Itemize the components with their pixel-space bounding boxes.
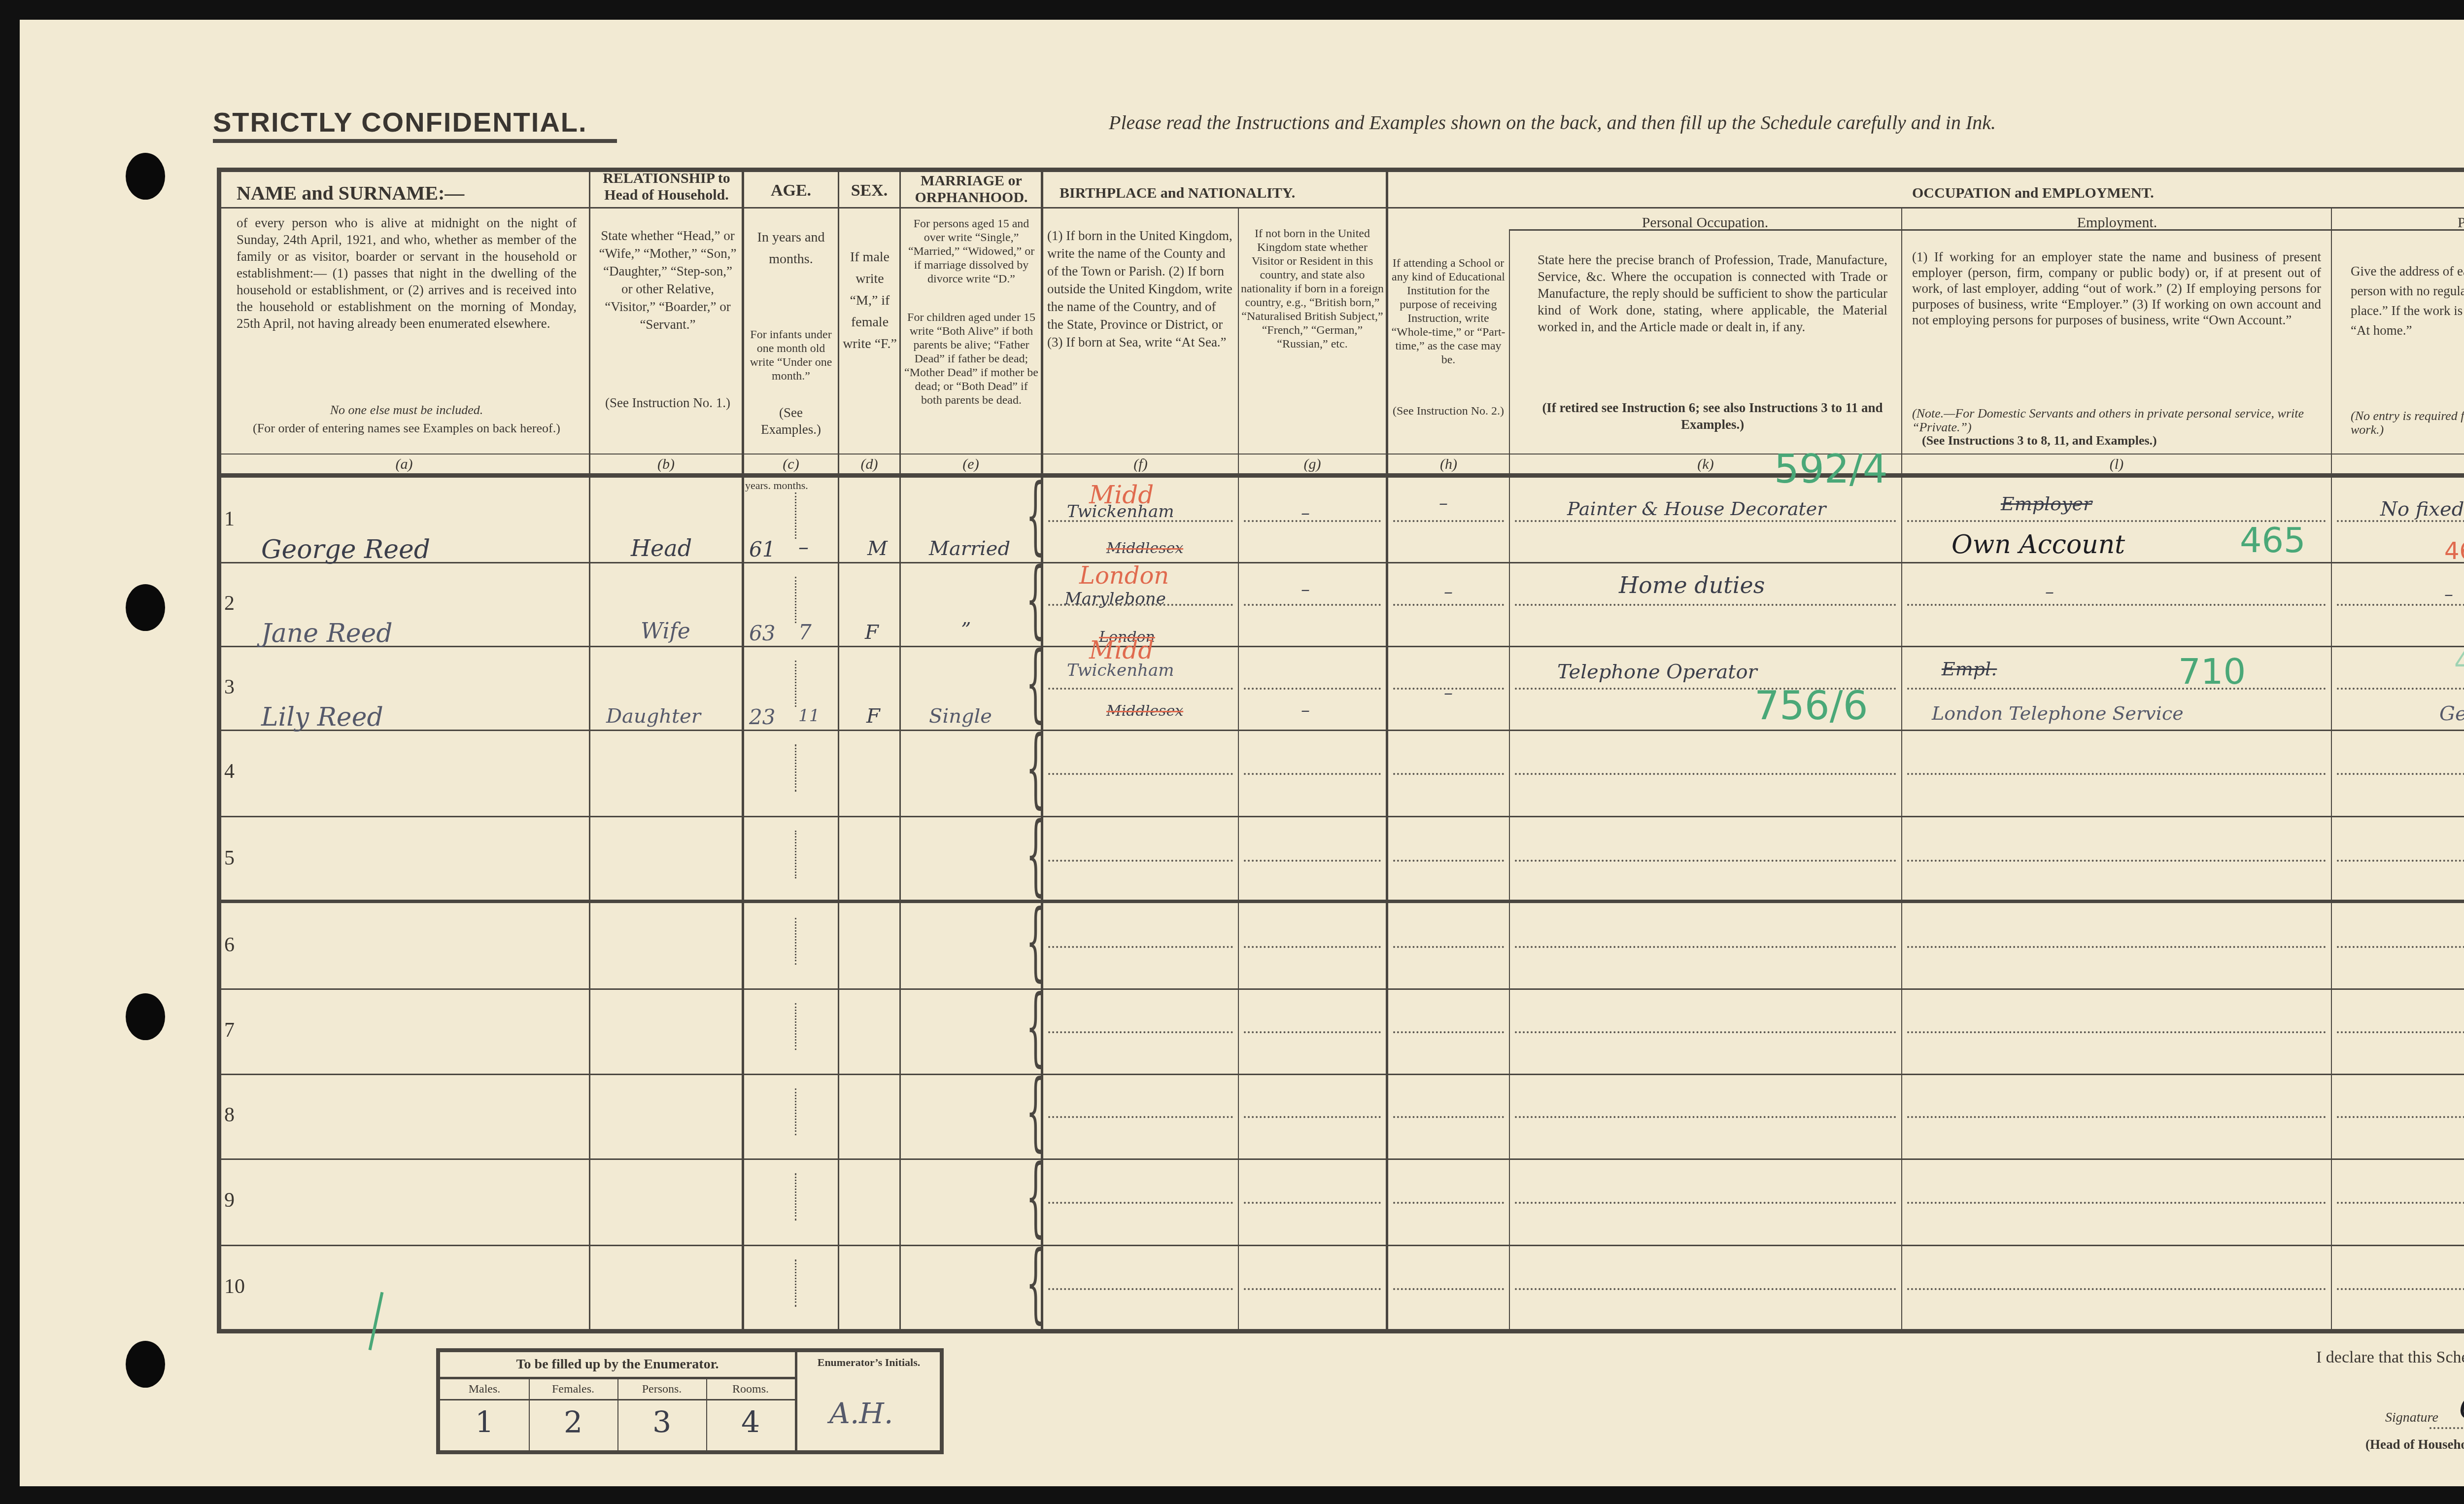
footnote-age: (See Examples.) xyxy=(749,404,833,438)
instructions-place-of-work: Give the address of each person’s place … xyxy=(2351,261,2464,340)
row-midline xyxy=(1515,1031,1896,1033)
enumerator-cell: Persons.3 xyxy=(617,1379,707,1451)
row-midline xyxy=(1244,1202,1381,1204)
instructions-education: If attending a School or any kind of Edu… xyxy=(1390,256,1507,367)
age-separator xyxy=(795,831,796,878)
row-midline xyxy=(2337,946,2464,948)
row1-age-months: – xyxy=(798,535,809,559)
row2-relationship: Wife xyxy=(641,619,690,644)
enumerator-cell: Males.1 xyxy=(440,1379,530,1451)
row-midline xyxy=(1907,1031,2326,1033)
age-separator xyxy=(795,492,796,539)
punch-hole xyxy=(126,993,165,1040)
row-midline xyxy=(2337,1116,2464,1118)
row3-birthplace-town: Twickenham xyxy=(1067,661,1174,680)
row-number: 5 xyxy=(224,846,235,870)
row-number: 3 xyxy=(224,675,235,699)
row3-name: Lily Reed xyxy=(261,702,383,732)
col-letter-a: (a) xyxy=(219,456,589,473)
header-age: AGE. xyxy=(744,180,838,202)
row-midline xyxy=(2337,1288,2464,1290)
row3-age-months: 11 xyxy=(798,706,820,726)
row-number: 10 xyxy=(224,1275,245,1298)
signature-value: George Reed xyxy=(2459,1390,2464,1426)
col-letter-e: (e) xyxy=(901,456,1041,473)
header-relationship: RELATIONSHIP to Head of Household. xyxy=(591,170,742,204)
instructions-relationship: State whether “Head,” or “Wife,” “Mother… xyxy=(596,227,739,333)
row2-birthplace-town: Marylebone xyxy=(1064,589,1166,609)
row1-birthplace-county: Middlesex xyxy=(1106,540,1183,557)
enumerator-cell-value: 2 xyxy=(529,1400,617,1445)
row-midline xyxy=(1048,1288,1233,1290)
age-separator xyxy=(795,1259,796,1307)
enumerator-initials-label: Enumerator’s Initials. xyxy=(797,1356,940,1369)
row-midline xyxy=(1244,860,1381,862)
col-d-divider xyxy=(899,170,901,1331)
row-number: 4 xyxy=(224,760,235,783)
row2-sex: F xyxy=(865,621,879,644)
header-marriage: MARRIAGE or ORPHANHOOD. xyxy=(902,173,1041,206)
row1-education: – xyxy=(1439,493,1448,513)
row-divider xyxy=(219,646,2464,647)
row-midline xyxy=(1048,946,1233,948)
row3-occupation: Telephone Operator xyxy=(1557,661,1757,683)
enumerator-cell-value: 1 xyxy=(440,1400,529,1445)
row1-nationality: – xyxy=(1301,503,1310,523)
footnote-education: (See Instruction No. 2.) xyxy=(1390,404,1507,418)
header-occupation-group: OCCUPATION and EMPLOYMENT. xyxy=(1912,182,2154,204)
enumerator-summary-box: To be filled up by the Enumerator. Enume… xyxy=(436,1348,944,1454)
enumerator-cell-label: Persons. xyxy=(617,1379,706,1400)
row3-place-code: 4350-01 xyxy=(2454,646,2464,678)
footnote-occupation: (If retired see Instruction 6; see also … xyxy=(1538,399,1887,433)
title-underline xyxy=(213,139,617,143)
enumerator-cell: Rooms.4 xyxy=(706,1379,795,1451)
note-name: No one else must be included. xyxy=(237,402,577,419)
row2-employment: – xyxy=(2045,582,2054,602)
enumerator-cell-label: Females. xyxy=(529,1379,617,1400)
signature-label: Signature xyxy=(2385,1410,2438,1426)
row-midline xyxy=(1244,1288,1381,1290)
row2-nationality: – xyxy=(1301,579,1310,599)
row-midline xyxy=(1048,773,1233,775)
col-l-divider xyxy=(2331,207,2332,1331)
col-b-divider xyxy=(742,170,744,1331)
row-number: 2 xyxy=(224,592,235,615)
row1-employment-struck: Employer xyxy=(2001,493,2092,515)
instruction-line: Please read the Instructions and Example… xyxy=(1109,111,1996,134)
row-midline xyxy=(2337,1031,2464,1033)
row2-occupation: Home duties xyxy=(1619,572,1765,598)
row1-employment-code: 465 xyxy=(2240,520,2306,560)
row-midline xyxy=(1907,1202,2326,1204)
letters-divider xyxy=(219,454,2464,455)
row-midline xyxy=(1393,604,1504,606)
age-separator xyxy=(795,1088,796,1135)
signature-line xyxy=(2430,1427,2464,1429)
row-midline xyxy=(1244,1116,1381,1118)
header-name: NAME and SURNAME:— xyxy=(237,182,464,204)
row-midline xyxy=(1515,520,1896,522)
footnote-relationship: (See Instruction No. 1.) xyxy=(599,394,737,411)
row-number: 7 xyxy=(224,1018,235,1042)
row-midline xyxy=(1515,1288,1896,1290)
row3-employment-struck: Empl. xyxy=(1942,658,1997,680)
col-k-divider xyxy=(1901,207,1902,1331)
row-midline xyxy=(1244,1031,1381,1033)
header-place-of-work: Place of Work. xyxy=(2332,212,2464,234)
instructions-sex: If male write “M,” if female write “F.” xyxy=(843,246,897,355)
enumerator-cell-value: 3 xyxy=(617,1400,706,1445)
brace-icon: { xyxy=(1026,811,1045,898)
row2-age-months: 7 xyxy=(798,620,812,644)
row-midline xyxy=(1907,773,2326,775)
row-midline xyxy=(2337,1202,2464,1204)
row1-marriage: Married xyxy=(929,537,1010,560)
row-midline xyxy=(1515,946,1896,948)
row-midline xyxy=(1393,946,1504,948)
header-personal-occupation: Personal Occupation. xyxy=(1509,212,1901,234)
row-midline xyxy=(1244,773,1381,775)
row-divider xyxy=(219,988,2464,990)
row-midline xyxy=(1515,773,1896,775)
row3-employment: London Telephone Service xyxy=(1932,702,2184,724)
row-midline xyxy=(1393,1202,1504,1204)
row-midline xyxy=(1244,520,1381,522)
sub-marriage: For children aged under 15 write “Both A… xyxy=(904,311,1038,407)
row-divider xyxy=(219,816,2464,817)
col-letter-b: (b) xyxy=(590,456,742,473)
row-midline xyxy=(2337,688,2464,690)
row-divider xyxy=(219,562,2464,563)
row2-marriage: ” xyxy=(961,619,971,641)
row-midline xyxy=(1244,604,1381,606)
row1-age-years: 61 xyxy=(749,537,775,561)
row-midline xyxy=(1048,1031,1233,1033)
instructions-employment: (1) If working for an employer state the… xyxy=(1912,249,2321,328)
row-midline xyxy=(1515,1202,1896,1204)
enumerator-cell-label: Rooms. xyxy=(706,1379,795,1400)
age-separator xyxy=(795,1173,796,1221)
row1-occupation-code: 592/4 xyxy=(1774,446,1888,492)
row1-employment: Own Account xyxy=(1951,530,2125,560)
row-number: 8 xyxy=(224,1103,235,1127)
row-divider xyxy=(219,1158,2464,1160)
row3-nationality: – xyxy=(1301,700,1310,720)
row1-place-of-work: No fixed place xyxy=(2380,498,2464,521)
row-divider xyxy=(219,730,2464,731)
row3-age-years: 23 xyxy=(749,705,775,729)
col-letter-d: (d) xyxy=(839,456,899,473)
brace-icon: { xyxy=(1026,557,1045,641)
row-midline xyxy=(1393,1116,1504,1118)
row-midline xyxy=(1048,1202,1233,1204)
row1-birthplace-town: Twickenham xyxy=(1067,502,1174,522)
brace-icon: { xyxy=(1026,1240,1045,1326)
row1-sex: M xyxy=(867,537,888,560)
row1-occupation: Painter & House Decorater xyxy=(1567,498,1826,520)
row-midline xyxy=(2337,773,2464,775)
instructions-marriage: For persons aged 15 and over write “Sing… xyxy=(904,217,1038,286)
row-midline xyxy=(1907,1116,2326,1118)
row3-place-of-work: Gerrard Exchange xyxy=(2439,702,2464,725)
row3-education: – xyxy=(1444,683,1453,703)
sub-age: For infants under one month old write “U… xyxy=(747,328,835,383)
col-letter-m: (m) xyxy=(2332,456,2464,473)
row-midline xyxy=(1393,520,1504,522)
footnote-employment: (See Instructions 3 to 8, 11, and Exampl… xyxy=(1922,434,2316,448)
row-midline xyxy=(1048,688,1233,690)
header-employment: Employment. xyxy=(1903,212,2331,234)
instructions-nationality: If not born in the United Kingdom state … xyxy=(1241,227,1384,351)
row2-name: Jane Reed xyxy=(261,619,393,648)
instructions-name: of every person who is alive at midnight… xyxy=(237,214,577,332)
signature-caption: (Head of Household, Manager of Establish… xyxy=(2365,1437,2464,1452)
row2-birthplace-correction: London xyxy=(1079,562,1169,590)
row1-relationship: Head xyxy=(631,535,692,561)
row-midline xyxy=(1515,604,1896,606)
punch-hole xyxy=(126,153,165,200)
row-divider xyxy=(219,1074,2464,1075)
note-place-of-work: (No entry is required for any person who… xyxy=(2351,409,2464,437)
col-g-divider xyxy=(1386,170,1388,1331)
row-midline xyxy=(1048,1116,1233,1118)
row-midline xyxy=(1393,773,1504,775)
row-midline xyxy=(1907,688,2326,690)
row2-education: – xyxy=(1444,582,1453,602)
col-letter-c: (c) xyxy=(744,456,838,473)
note-employment: (Note.—For Domestic Servants and others … xyxy=(1912,407,2321,434)
col-letter-h: (h) xyxy=(1388,456,1509,473)
footnote-name: (For order of entering names see Example… xyxy=(237,421,577,435)
row-midline xyxy=(1393,860,1504,862)
row-midline xyxy=(1244,946,1381,948)
header-sub-divider xyxy=(219,207,2464,209)
row-midline xyxy=(1515,860,1896,862)
age-separator xyxy=(795,918,796,965)
row-divider xyxy=(219,1245,2464,1246)
brace-icon: { xyxy=(1026,473,1045,557)
row-midline xyxy=(1907,860,2326,862)
punch-hole xyxy=(126,584,165,631)
enumerator-summary-title: To be filled up by the Enumerator. xyxy=(440,1352,795,1379)
row3-marriage: Single xyxy=(929,705,992,728)
brace-icon: { xyxy=(1026,898,1045,983)
col-letter-g: (g) xyxy=(1239,456,1386,473)
col-h-divider xyxy=(1509,229,1510,1331)
row5-divider xyxy=(219,900,2464,903)
brace-icon: { xyxy=(1026,725,1045,811)
age-units-label: years. months. xyxy=(745,479,808,492)
row-midline xyxy=(1907,1288,2326,1290)
row-midline xyxy=(1907,604,2326,606)
row-midline xyxy=(1393,1288,1504,1290)
row3-birthplace-county: Middlesex xyxy=(1106,702,1183,720)
row-midline xyxy=(1244,688,1381,690)
brace-icon: { xyxy=(1026,983,1045,1069)
col-f-divider xyxy=(1238,207,1239,1331)
age-separator xyxy=(795,661,796,707)
col-a-divider xyxy=(589,170,590,1331)
punch-hole xyxy=(126,1341,165,1388)
row-number: 9 xyxy=(224,1189,235,1212)
age-separator xyxy=(795,577,796,623)
enumerator-cell-value: 4 xyxy=(706,1400,795,1445)
enumerator-cell-label: Males. xyxy=(440,1379,529,1400)
header-divider xyxy=(219,473,2464,478)
row1-place-code: 4630-04 xyxy=(2444,537,2464,565)
enumerator-initials-value: A.H. xyxy=(829,1397,893,1430)
row3-sex: F xyxy=(866,705,880,728)
row-number: 6 xyxy=(224,933,235,957)
row-midline xyxy=(1393,1031,1504,1033)
brace-icon: { xyxy=(1026,1154,1045,1240)
col-letter-f: (f) xyxy=(1043,456,1238,473)
instructions-birthplace: (1) If born in the United Kingdom, write… xyxy=(1047,227,1234,351)
row-midline xyxy=(1515,1116,1896,1118)
row2-age-years: 63 xyxy=(749,621,775,645)
col-letter-l: (l) xyxy=(1902,456,2331,473)
confidential-title: STRICTLY CONFIDENTIAL. xyxy=(213,106,587,138)
instructions-age: In years and months. xyxy=(754,227,828,270)
row3-employment-code: 710 xyxy=(2178,651,2246,692)
row-midline xyxy=(1048,860,1233,862)
brace-icon: { xyxy=(1026,1069,1045,1154)
age-separator xyxy=(795,744,796,792)
header-birthplace: BIRTHPLACE and NATIONALITY. xyxy=(1060,182,1295,204)
row-midline xyxy=(2337,860,2464,862)
header-sex: SEX. xyxy=(839,180,899,202)
row2-place-of-work: – xyxy=(2444,584,2453,604)
row3-relationship: Daughter xyxy=(606,705,701,728)
col-c-divider xyxy=(838,170,839,1331)
row1-name: George Reed xyxy=(261,535,430,564)
row-midline xyxy=(1907,946,2326,948)
instructions-occupation: State here the precise branch of Profess… xyxy=(1538,251,1887,335)
declaration-text: I declare that this Schedule is correctl… xyxy=(2316,1348,2464,1367)
row3-occupation-code: 756/6 xyxy=(1754,683,1868,729)
brace-icon: { xyxy=(1026,641,1045,725)
row-number: 1 xyxy=(224,507,235,531)
enumerator-cell: Females.2 xyxy=(529,1379,618,1451)
age-separator xyxy=(795,1003,796,1050)
